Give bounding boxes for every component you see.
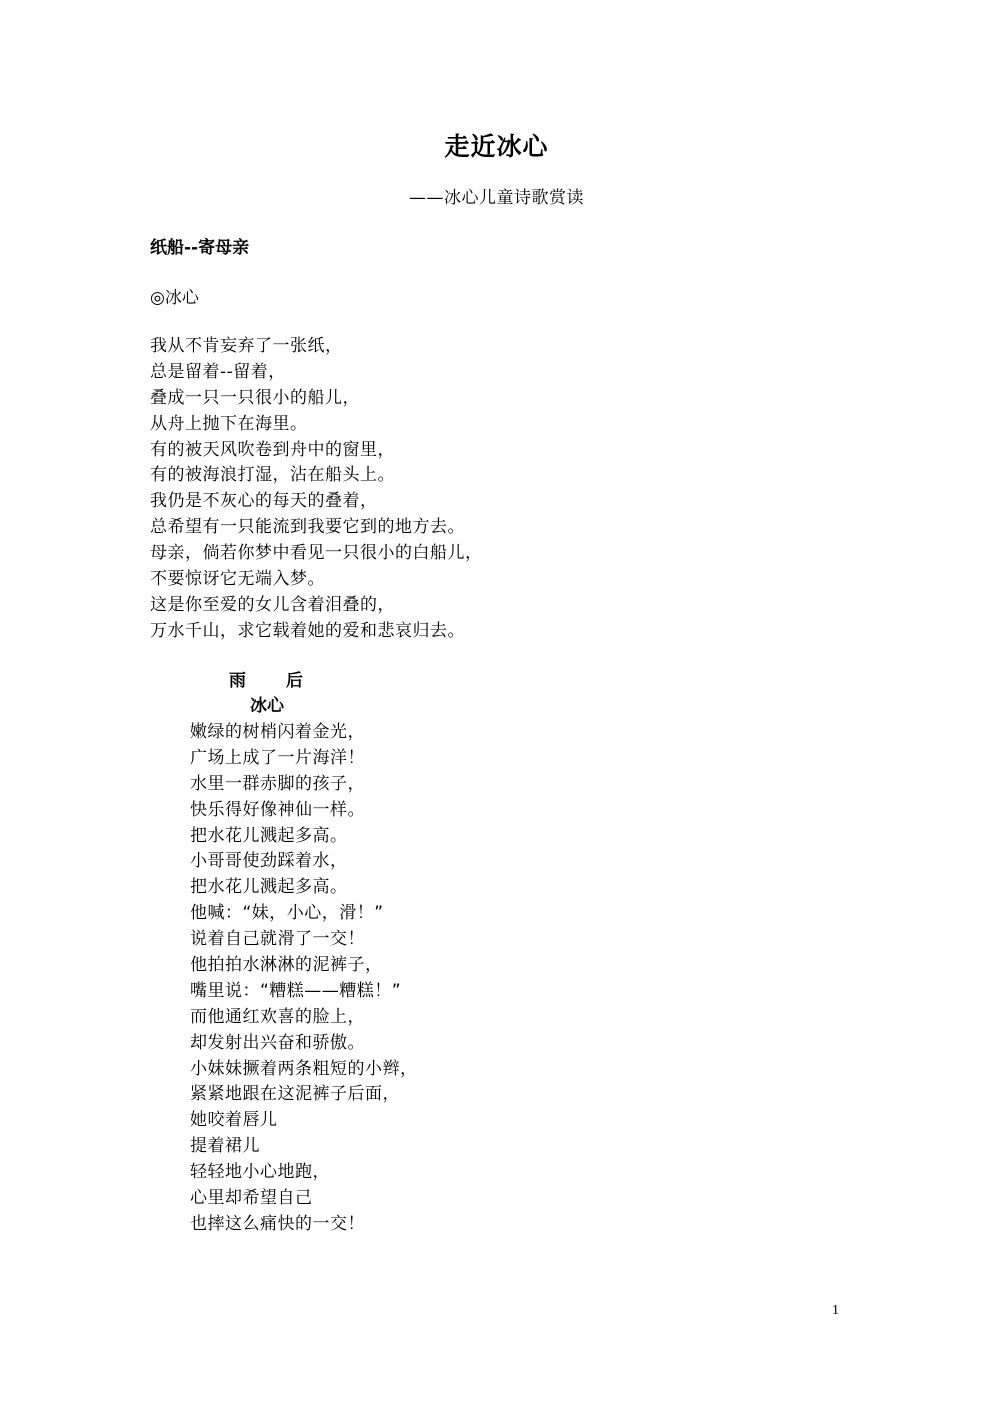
- poem-line: 把水花儿溅起多高。: [190, 875, 418, 901]
- poem-line: 小哥哥使劲踩着水，: [190, 849, 418, 875]
- poem-line: 有的被海浪打湿，沾在船头上。: [150, 463, 483, 489]
- poem-line: 嘴里说：“糟糕——糟糕！”: [190, 979, 418, 1005]
- poem-author: ◎冰心: [150, 286, 199, 310]
- poem-line: 心里却希望自己: [190, 1186, 418, 1212]
- poem-line: 这是你至爱的女儿含着泪叠的，: [150, 593, 483, 619]
- poem-line: 紧紧地跟在这泥裤子后面，: [190, 1082, 418, 1108]
- poem-line: 把水花儿溅起多高。: [190, 824, 418, 850]
- poem-line: 小妹妹撅着两条粗短的小辫，: [190, 1057, 418, 1083]
- poem-line: 而他通红欢喜的脸上，: [190, 1005, 418, 1031]
- poem-line: 他拍拍水淋淋的泥裤子，: [190, 953, 418, 979]
- poem-line: 叠成一只一只很小的船儿，: [150, 386, 483, 412]
- poem-title-char: 后: [286, 671, 303, 691]
- poem-title: 纸船--寄母亲: [150, 236, 249, 260]
- poem-line: 不要惊讶它无端入梦。: [150, 567, 483, 593]
- poem-line: 嫩绿的树梢闪着金光，: [190, 720, 418, 746]
- poem-line: 母亲，倘若你梦中看见一只很小的白船儿，: [150, 541, 483, 567]
- poem-line: 万水千山，求它载着她的爱和悲哀归去。: [150, 619, 483, 645]
- poem-title: 雨后: [229, 669, 303, 693]
- poem-line: 提着裙儿: [190, 1134, 418, 1160]
- poem-body: 我从不肯妄弃了一张纸， 总是留着--留着， 叠成一只一只很小的船儿， 从舟上抛下…: [150, 334, 483, 645]
- poem-line: 水里一群赤脚的孩子，: [190, 772, 418, 798]
- poem-author: 冰心: [250, 694, 284, 718]
- poem-line: 我仍是不灰心的每天的叠着，: [150, 489, 483, 515]
- poem-line: 却发射出兴奋和骄傲。: [190, 1031, 418, 1057]
- page-number: 1: [832, 1302, 839, 1320]
- poem-body: 嫩绿的树梢闪着金光， 广场上成了一片海洋！ 水里一群赤脚的孩子， 快乐得好像神仙…: [190, 720, 418, 1238]
- poem-line: 轻轻地小心地跑，: [190, 1160, 418, 1186]
- poem-line: 我从不肯妄弃了一张纸，: [150, 334, 483, 360]
- poem-line: 也摔这么痛快的一交！: [190, 1212, 418, 1238]
- poem-line: 总希望有一只能流到我要它到的地方去。: [150, 515, 483, 541]
- poem-line: 总是留着--留着，: [150, 360, 483, 386]
- poem-title-char: 雨: [229, 671, 246, 691]
- poem-line: 说着自己就滑了一交！: [190, 927, 418, 953]
- poem-line: 快乐得好像神仙一样。: [190, 798, 418, 824]
- page-subtitle: ——冰心儿童诗歌赏读: [0, 186, 993, 210]
- poem-line: 从舟上抛下在海里。: [150, 412, 483, 438]
- page-title: 走近冰心: [0, 130, 993, 164]
- poem-line: 广场上成了一片海洋！: [190, 746, 418, 772]
- poem-line: 有的被天风吹卷到舟中的窗里，: [150, 438, 483, 464]
- poem-line: 她咬着唇儿: [190, 1108, 418, 1134]
- poem-line: 他喊：“妹，小心，滑！”: [190, 901, 418, 927]
